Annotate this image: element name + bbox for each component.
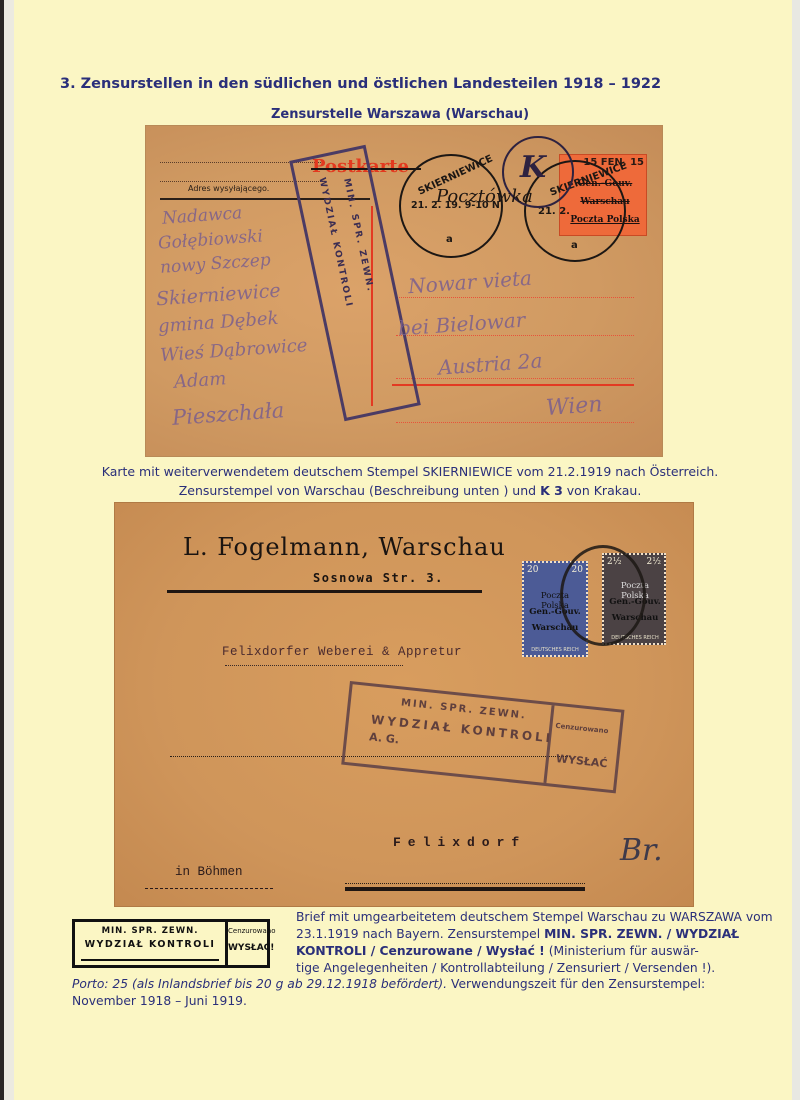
illustration-text: WYSŁAĆ! bbox=[228, 943, 267, 953]
handwriting: Nowar vieta bbox=[407, 266, 532, 299]
handwriting: nowy Szczep bbox=[159, 250, 271, 278]
pocztowka-overprint: Pocztówka bbox=[436, 186, 533, 207]
porto-caption: Porto: 25 (als Inlandsbrief bis 20 g ab … bbox=[72, 976, 772, 1010]
city-rule bbox=[345, 887, 585, 891]
section-subheading: Zensurstelle Warszawa (Warschau) bbox=[0, 107, 800, 122]
caption-line: Zensurstempel von Warschau (Beschreibung… bbox=[100, 481, 720, 500]
envelope-caption: Brief mit umgearbeitetem deutschem Stemp… bbox=[296, 909, 776, 977]
address-red-rule bbox=[392, 384, 634, 386]
address-line bbox=[396, 378, 634, 379]
handwriting: Wien bbox=[545, 392, 603, 421]
censor-stamp-warsaw: WYDZIAŁ KONTROLI MIN. SPR. ZEWN. bbox=[289, 145, 421, 421]
envelope-sender: L. Fogelmann, Warschau bbox=[183, 533, 506, 561]
stamp-value: 20 bbox=[527, 565, 538, 575]
caption-italic: Porto: 25 (als Inlandsbrief bis 20 g ab … bbox=[72, 977, 447, 991]
censor-stamp-illustration: MIN. SPR. ZEWN. WYDZIAŁ KONTROLI Cenzuro… bbox=[72, 919, 270, 968]
envelope-censor-stamp: MIN. SPR. ZEWN. WYDZIAŁ KONTROLI A. G. C… bbox=[341, 681, 624, 793]
envelope-image: L. Fogelmann, Warschau Sosnowa Str. 3. 2… bbox=[115, 503, 693, 906]
country-underline bbox=[145, 888, 273, 889]
stamp-footer: DEUTSCHES REICH bbox=[526, 647, 584, 653]
k-censor-letter: K bbox=[520, 150, 546, 185]
caption-text: Zensurstempel von Warschau (Beschreibung… bbox=[179, 483, 540, 498]
scan-edge-margin bbox=[4, 0, 14, 1100]
recipient-underline bbox=[225, 665, 403, 666]
handwriting: gmina Dębek bbox=[157, 308, 279, 337]
illustration-text: Cenzurowano bbox=[228, 927, 267, 935]
postmark-letter: a bbox=[571, 240, 578, 251]
caption-text: tige Angelegenheiten / Kontrollabteilung… bbox=[296, 961, 715, 975]
caption-text: (Ministerium für auswär- bbox=[545, 944, 699, 958]
caption-bold: K 3 bbox=[540, 483, 563, 498]
handwritten-note: Br. bbox=[620, 833, 663, 868]
illustration-left-panel: MIN. SPR. ZEWN. WYDZIAŁ KONTROLI bbox=[75, 922, 228, 965]
censor-text: A. G. bbox=[369, 730, 400, 746]
envelope-recipient: Felixdorfer Weberei & Appretur bbox=[222, 645, 462, 659]
handwriting: Austria 2a bbox=[437, 348, 543, 379]
caption-text: von Krakau. bbox=[563, 483, 642, 498]
handwriting: Adam bbox=[173, 368, 227, 393]
address-line bbox=[396, 422, 634, 423]
caption-text: November 1918 – Juni 1919. bbox=[72, 994, 247, 1008]
illustration-text: WYDZIAŁ KONTROLI bbox=[75, 939, 225, 950]
postmark-warszawa bbox=[560, 545, 646, 646]
envelope-street: Sosnowa Str. 3. bbox=[313, 571, 444, 585]
scan-edge-right bbox=[792, 0, 800, 1100]
postmark-letter: a bbox=[446, 234, 453, 245]
censor-text: WYSŁAĆ bbox=[555, 752, 608, 770]
handwriting: Nadawca bbox=[161, 203, 242, 229]
handwriting: Gołębiowski bbox=[157, 226, 263, 253]
envelope-country: in Böhmen bbox=[175, 865, 243, 879]
city-dotted-line bbox=[345, 883, 585, 884]
page-heading: 3. Zensurstellen in den südlichen und ös… bbox=[60, 76, 661, 92]
illustration-rule bbox=[81, 959, 219, 961]
censor-text: Cenzurowano bbox=[555, 722, 609, 736]
envelope-city: Felixdorf bbox=[393, 835, 526, 850]
caption-text: Verwendungszeit für den Zensurstempel: bbox=[447, 977, 705, 991]
envelope-rule bbox=[167, 590, 482, 593]
handwriting: Pieszchała bbox=[171, 398, 285, 430]
handwriting: Wieś Dąbrowice bbox=[159, 335, 308, 366]
caption-line: Karte mit weiterverwendetem deutschem St… bbox=[100, 462, 720, 481]
handwriting: Skierniewice bbox=[155, 280, 281, 311]
postcard-caption: Karte mit weiterverwendetem deutschem St… bbox=[100, 462, 720, 500]
address-line bbox=[396, 297, 634, 298]
sender-address-label: Adres wysyłającego. bbox=[188, 184, 269, 193]
illustration-text: MIN. SPR. ZEWN. bbox=[75, 926, 225, 936]
stamp-value: 2½ bbox=[647, 557, 661, 567]
postcard-image: Adres wysyłającego. Postkarte 15 FEN. 15… bbox=[146, 126, 662, 456]
